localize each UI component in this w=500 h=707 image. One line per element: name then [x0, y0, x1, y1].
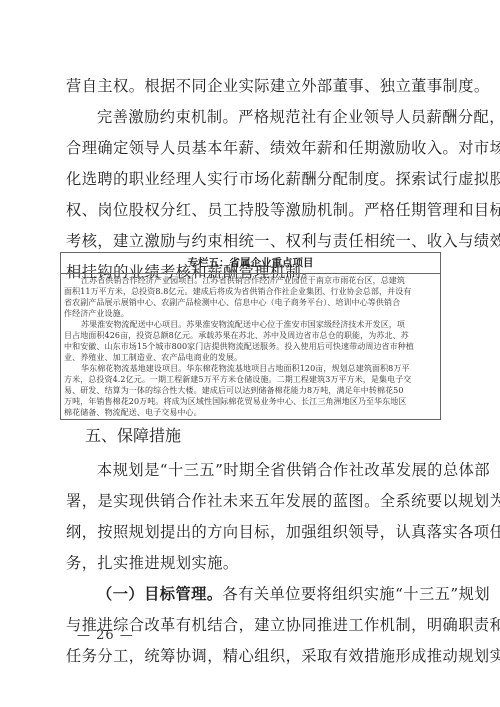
- subsection-line: （一）目标管理。各有关单位要将组织实施“十三五”规划: [66, 579, 446, 610]
- box-line: 中和安徽、山东市场15个城市800家门店提供物流配送服务。投入使用后可快速带动周…: [64, 341, 437, 352]
- key-projects-sidebar-box: 专栏五：省属企业重点项目 江苏省供销合作经济产业园项目。江苏省供销合作经济产业园…: [60, 252, 441, 420]
- subsection-text: 各有关单位要将组织实施“十三五”规划: [223, 585, 491, 603]
- text-line: 任务分工，统筹协调，精心组织，采取有效措施形成推动规划实: [66, 641, 446, 672]
- section-heading: 五、保障措施: [85, 425, 181, 447]
- text-line: 署，是实现供销合作社未来五年发展的蓝图。全系统要以规划为: [66, 486, 446, 517]
- text-line: 权、岗位股权分红、员工持股等激励机制。严格任期管理和目标: [66, 195, 446, 226]
- text-line: 合理确定领导人员基本年薪、绩效年薪和任期激励收入。对市场: [66, 133, 446, 164]
- box-line: 面积11万平方米，总投资8.8亿元。建成后将成为省供销合作社企业集团、行业协会总…: [64, 286, 437, 297]
- text-line: 完善激励约束机制。严格规范社有企业领导人员薪酬分配，: [66, 102, 446, 133]
- box-line: 棉花储备、物流配送、电子交易中心。: [64, 407, 437, 418]
- box-body: 江苏省供销合作经济产业园项目。江苏省供销合作经济产业园位于南京市雨花台区，总建筑…: [61, 274, 440, 418]
- box-title: 专栏五：省属企业重点项目: [61, 253, 440, 274]
- box-line: 业、养殖业、加工制造业、农产品电商业的发展。: [64, 352, 437, 363]
- box-line: 方米，总投资4.2亿元。一期工程新建5万平方米仓储设施。二期工程建筑3万平方米，…: [64, 374, 437, 385]
- box-line: 作经济产业设施。: [64, 308, 437, 319]
- text-line: 纲，按照规划提出的方向目标，加强组织领导，认真落实各项任: [66, 517, 446, 548]
- subsection-lead: （一）目标管理。: [97, 585, 223, 603]
- box-line: 华东棉花物流基地建设项目。华东棉花物流基地项目占地面积120亩，规划总建筑面积8…: [64, 363, 437, 374]
- document-page: 营自主权。根据不同企业实际建立外部董事、独立董事制度。 完善激励约束机制。严格规…: [0, 0, 500, 707]
- box-line: 易、研发、结算为一体的综合性大楼。建成后可以达到储备棉花能力8万吨，满足年中转棉…: [64, 385, 437, 396]
- box-line: 万吨，年销售棉花20万吨。将成为区域性国际棉花贸易业务中心、长江三角洲地区乃至华…: [64, 396, 437, 407]
- text-line: 务，扎实推进规划实施。: [66, 548, 446, 579]
- text-line: 营自主权。根据不同企业实际建立外部董事、独立董事制度。: [66, 71, 446, 102]
- text-line: 化选聘的职业经理人实行市场化薪酬分配制度。探索试行虚拟股: [66, 164, 446, 195]
- box-line: 目占地面积426亩，投资总额8亿元。承载苏果在苏北、苏中及周边省市总仓的职能，为…: [64, 330, 437, 341]
- box-line: 省农副产品展示展销中心、农副产品检测中心、信息中心（电子商务平台）、培训中心等供…: [64, 297, 437, 308]
- text-line: 本规划是“十三五”时期全省供销合作社改革发展的总体部: [66, 455, 446, 486]
- page-number: — 26 —: [77, 628, 134, 643]
- box-line: 江苏省供销合作经济产业园项目。江苏省供销合作经济产业园位于南京市雨花台区，总建筑: [64, 275, 437, 286]
- box-line: 苏果淮安物流配送中心项目。苏果淮安物流配送中心位于淮安市国家级经济技术开发区，项: [64, 319, 437, 330]
